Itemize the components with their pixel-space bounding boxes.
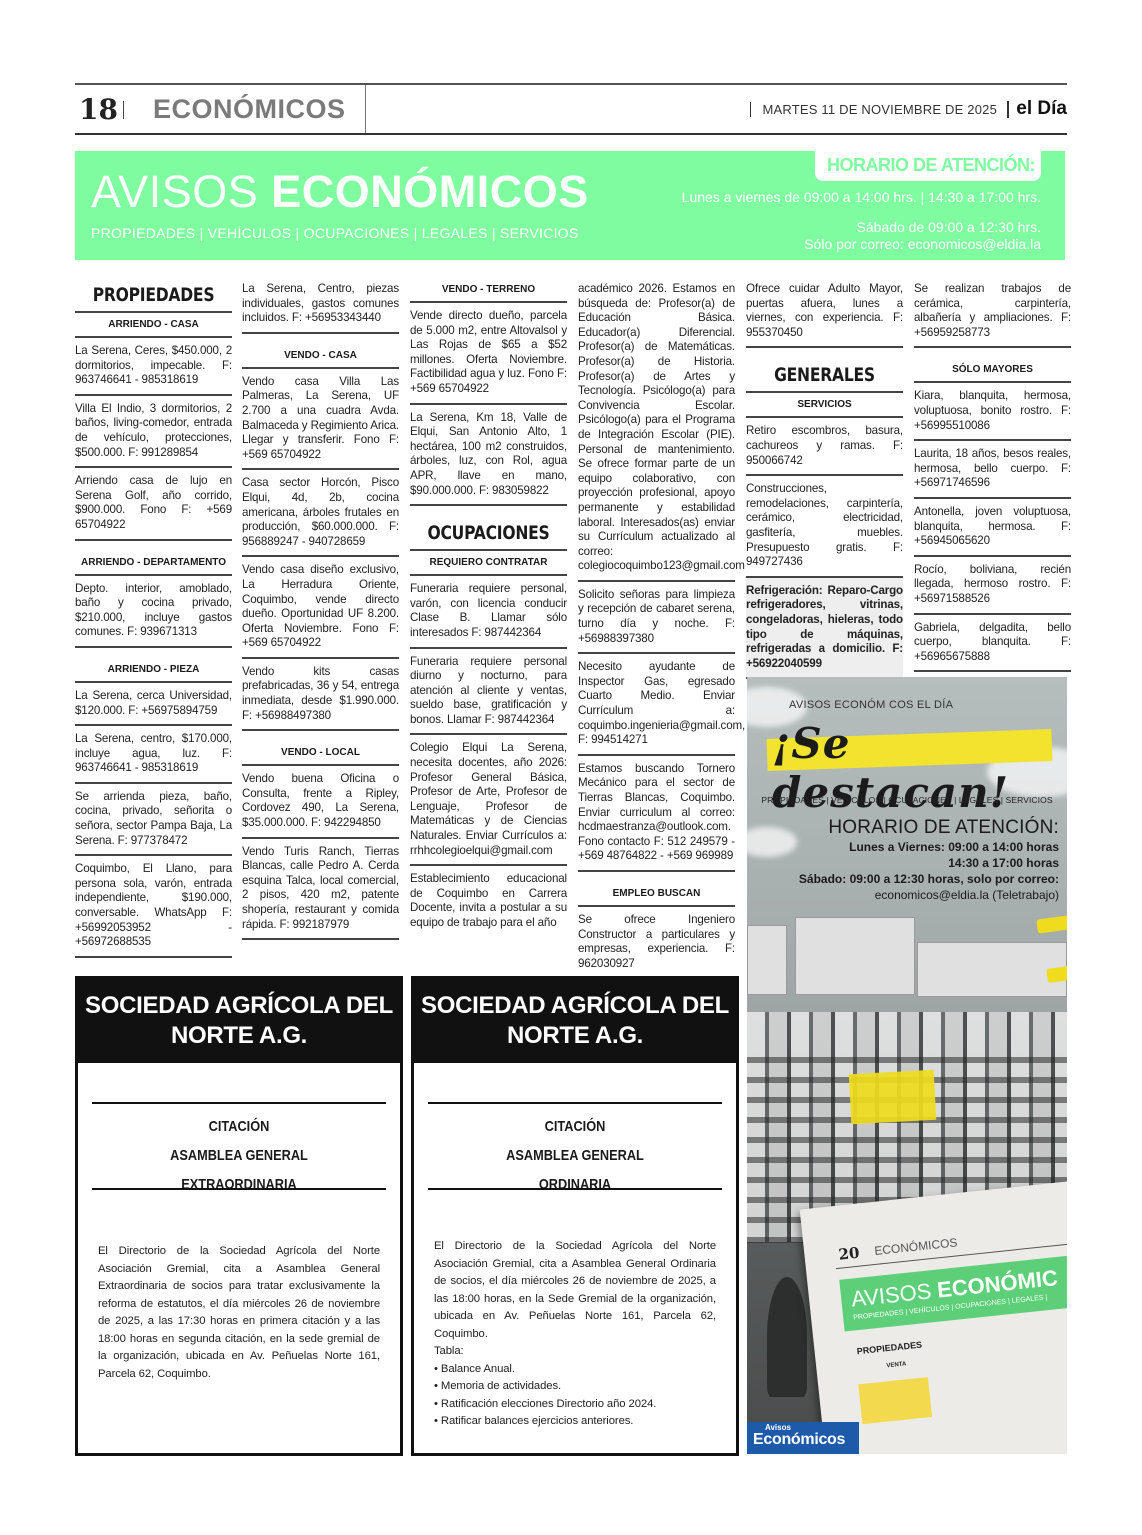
weekday-hours: Lunes a viernes de 09:00 a 14:00 hrs. | …: [682, 189, 1041, 205]
notice-body: El Directorio de la Sociedad Agrícola de…: [434, 1238, 716, 1431]
heading-line: ASAMBLEA GENERAL: [438, 1141, 712, 1170]
agenda-item: Ratificación elecciones Directorio año 2…: [434, 1396, 716, 1414]
highlight-stroke: [1046, 965, 1067, 983]
page-header: 18 ECONÓMICOS MARTES 11 DE NOVIEMBRE DE …: [75, 83, 1067, 135]
classified-ad: La Serena, Km 18, Valle de Elqui, San An…: [410, 405, 567, 507]
classified-ad: Antonella, joven voluptuosa, blanquita, …: [914, 499, 1071, 557]
classified-ad: Gabriela, delgadita, bello cuerpo, blanq…: [914, 615, 1071, 673]
column-2: La Serena, Centro, piezas individuales, …: [242, 278, 399, 940]
classified-ad: Colegio Elqui La Serena, necesita docent…: [410, 735, 567, 866]
classified-ad: Vendo buena Oficina o Consulta, frente a…: [242, 766, 399, 838]
classified-ad: Rocío, boliviana, recién llegada, hermos…: [914, 557, 1071, 615]
section-title: GENERALES: [760, 358, 889, 391]
notice-paragraph: El Directorio de la Sociedad Agrícola de…: [434, 1238, 716, 1343]
divider: [92, 1188, 386, 1190]
subsection-title: VENDO - LOCAL: [242, 741, 399, 766]
logo-bottom: Económicos: [753, 1431, 845, 1449]
classified-ad: Vendo Turis Ranch, Tierras Blancas, call…: [242, 839, 399, 941]
column-3: VENDO - TERRENO Vende directo dueño, par…: [410, 278, 567, 937]
classified-ad: Necesito ayudante de Inspector Gas, egre…: [578, 654, 735, 756]
subsection-title: VENDO - TERRENO: [410, 278, 567, 303]
notice-heading: CITACIÓN ASAMBLEA GENERAL ORDINARIA: [438, 1112, 712, 1199]
classified-ad: Se realizan trabajos de cerámica, carpin…: [914, 278, 1071, 348]
divider: [428, 1188, 722, 1190]
horario-saturday: Sábado: 09:00 a 12:30 horas, solo por co…: [799, 871, 1059, 887]
classified-ad: Laurita, 18 años, besos reales, hermosa,…: [914, 441, 1071, 499]
classified-ad: académico 2026. Estamos en búsqueda de: …: [578, 278, 735, 582]
subsection-title: REQUIERO CONTRATAR: [410, 549, 567, 576]
heading-line: CITACIÓN: [438, 1112, 712, 1141]
subsection-title: ARRIENDO - CASA: [75, 311, 232, 338]
subsection-title: ARRIENDO - DEPARTAMENTO: [75, 551, 232, 576]
classified-ad: La Serena, Ceres, $450.000, 2 dormitorio…: [75, 338, 232, 396]
tree-photo: [767, 1277, 807, 1397]
classified-ad: Villa El Indio, 3 dormitorios, 2 baños, …: [75, 396, 232, 468]
classified-ad: La Serena, Centro, piezas individuales, …: [242, 278, 399, 334]
agenda-item: Ratificar balances ejercicios anteriores…: [434, 1413, 716, 1431]
heading-line: ORDINARIA: [438, 1170, 712, 1199]
classified-ad: Construcciones, remodelaciones, carpinte…: [746, 476, 903, 578]
section-title: OCUPACIONES: [424, 516, 553, 549]
classified-ad: Arriendo casa de lujo en Serena Golf, añ…: [75, 468, 232, 540]
horario-tab: HORARIO DE ATENCIÓN:: [815, 151, 1041, 181]
column-propiedades: PROPIEDADES ARRIENDO - CASA La Serena, C…: [75, 278, 232, 958]
agenda-list: Balance Anual. Memoria de actividades. R…: [434, 1361, 716, 1431]
classified-ad: Coquimbo, El Llano, para persona sola, v…: [75, 856, 232, 958]
newspaper-logo: el Día: [1016, 98, 1067, 120]
classified-ad: Se ofrece Ingeniero Constructor a partic…: [578, 907, 735, 979]
mockup-section: ECONÓMICOS: [874, 1235, 958, 1258]
horario-title: HORARIO DE ATENCIÓN:: [799, 817, 1059, 839]
notice-ordinaria: SOCIEDAD AGRÍCOLA DEL NORTE A.G. CITACIÓ…: [411, 976, 739, 1456]
classified-ad: Se arrienda pieza, baño, cocina, privado…: [75, 784, 232, 856]
horario-email: economicos@eldia.la (Teletrabajo): [799, 887, 1059, 903]
subsection-title: VENDO - CASA: [242, 344, 399, 369]
classified-ad: Vendo casa diseño exclusivo, La Herradur…: [242, 557, 399, 659]
highlight-stroke: [1036, 914, 1067, 933]
classified-ad: Casa sector Horcón, Pisco Elqui, 4d, 2b,…: [242, 470, 399, 557]
horario-label: HORARIO DE ATENCIÓN:: [827, 155, 1035, 176]
newspaper-mockup: 20 ECONÓMICOS AVISOS ECONÓMIC PROPIEDADE…: [800, 1176, 1067, 1454]
classified-ad: La Serena, centro, $170.000, incluye agu…: [75, 726, 232, 784]
cloud-decoration: [747, 827, 797, 857]
promo-ad: AVISOS ECONÓM COS EL DÍA ¡Se destacan! P…: [747, 677, 1067, 1454]
divider: [92, 1102, 386, 1104]
classified-ad: Estamos buscando Tornero Mecánico para e…: [578, 756, 735, 872]
horario-weekday-afternoon: 14:30 a 17:00 horas: [799, 855, 1059, 871]
subsection-title: SÓLO MAYORES: [914, 358, 1071, 383]
building-photo: [917, 942, 1067, 997]
classified-ad: Solicito señoras para limpieza y recepci…: [578, 582, 735, 654]
classified-ad: La Serena, cerca Universidad, $120.000. …: [75, 683, 232, 726]
mockup-highlight: [858, 1377, 932, 1424]
divider: [123, 101, 124, 119]
section-name: ECONÓMICOS: [153, 94, 346, 125]
mockup-banner: AVISOS ECONÓMIC PROPIEDADES | VEHÍCULOS …: [839, 1251, 1067, 1332]
subsection-title: ARRIENDO - PIEZA: [75, 658, 232, 683]
issue-date: MARTES 11 DE NOVIEMBRE DE 2025: [762, 102, 997, 117]
title-bold: ECONÓMICOS: [271, 166, 589, 217]
subsection-title: EMPLEO BUSCAN: [578, 882, 735, 907]
mockup-section-title: PROPIEDADES: [856, 1340, 922, 1357]
column-6: Se realizan trabajos de cerámica, carpin…: [914, 278, 1071, 672]
avisos-economicos-logo: Avisos Económicos: [747, 1422, 859, 1454]
classified-ad: Depto. interior, amoblado, baño y cocina…: [75, 576, 232, 648]
classified-ad: Vendo casa Villa Las Palmeras, La Serena…: [242, 369, 399, 471]
building-photo: [795, 917, 915, 995]
notice-org: SOCIEDAD AGRÍCOLA DEL NORTE A.G.: [414, 979, 736, 1063]
section-title: PROPIEDADES: [89, 278, 218, 311]
horario-weekday: Lunes a Viernes: 09:00 a 14:00 horas: [799, 839, 1059, 855]
notice-extraordinaria: SOCIEDAD AGRÍCOLA DEL NORTE A.G. CITACIÓ…: [75, 976, 403, 1456]
banner-title: AVISOS ECONÓMICOS: [91, 169, 589, 214]
heading-line: EXTRAORDINARIA: [102, 1170, 376, 1199]
heading-line: ASAMBLEA GENERAL: [102, 1141, 376, 1170]
subsection-title: SERVICIOS: [746, 391, 903, 418]
column-generales: Ofrece cuidar Adulto Mayor, puertas afue…: [746, 278, 903, 679]
heading-line: CITACIÓN: [102, 1112, 376, 1141]
highlighted-house: [849, 1070, 937, 1124]
building-photo: [747, 925, 787, 995]
classified-ad: Funeraria requiere personal, varón, con …: [410, 576, 567, 648]
highlighted-ad: Refrigeración: Reparo-Cargo refrigerador…: [746, 578, 903, 680]
mockup-subsection: VENTA: [886, 1361, 906, 1369]
divider: [428, 1102, 722, 1104]
classified-ad: Vendo kits casas prefabricadas, 36 y 54,…: [242, 659, 399, 731]
classified-ad: Establecimiento educacional de Coquimbo …: [410, 866, 567, 936]
column-4: académico 2026. Estamos en búsqueda de: …: [578, 278, 735, 979]
notice-body: El Directorio de la Sociedad Agrícola de…: [98, 1243, 380, 1383]
classified-ad: Vende directo dueño, parcela de 5.000 m2…: [410, 303, 567, 405]
promo-horario: HORARIO DE ATENCIÓN: Lunes a Viernes: 09…: [799, 817, 1059, 903]
agenda-item: Balance Anual.: [434, 1361, 716, 1379]
classified-ad: Funeraria requiere personal diurno y noc…: [410, 649, 567, 736]
agenda-label: Tabla:: [434, 1343, 716, 1361]
email-contact: Sólo por correo: economicos@eldia.la: [804, 236, 1041, 252]
classified-ad: Ofrece cuidar Adulto Mayor, puertas afue…: [746, 278, 903, 348]
org-name: SOCIEDAD AGRÍCOLA DEL NORTE A.G.: [85, 992, 393, 1049]
promo-top-text: AVISOS ECONÓM COS EL DÍA: [789, 699, 953, 711]
agenda-item: Memoria de actividades.: [434, 1378, 716, 1396]
classified-ad: Kiara, blanquita, hermosa, voluptuosa, b…: [914, 383, 1071, 441]
notice-org: SOCIEDAD AGRÍCOLA DEL NORTE A.G.: [78, 979, 400, 1063]
title-light: AVISOS: [91, 166, 271, 217]
banner-categories: PROPIEDADES | VEHÍCULOS | OCUPACIONES | …: [91, 225, 579, 241]
classified-ad: Retiro escombros, basura, cachureos y ra…: [746, 418, 903, 476]
mockup-page-number: 20: [838, 1244, 861, 1264]
promo-categories: PROPIEDADES | VEHÍCULOS | OCUPACIONES | …: [747, 795, 1067, 805]
saturday-hours: Sábado de 09:00 a 12:30 hrs.: [857, 219, 1041, 235]
divider: [365, 85, 366, 133]
avisos-banner: AVISOS ECONÓMICOS PROPIEDADES | VEHÍCULO…: [75, 151, 1065, 260]
notice-heading: CITACIÓN ASAMBLEA GENERAL EXTRAORDINARIA: [102, 1112, 376, 1199]
org-name: SOCIEDAD AGRÍCOLA DEL NORTE A.G.: [421, 992, 729, 1049]
page-number: 18: [79, 93, 118, 126]
